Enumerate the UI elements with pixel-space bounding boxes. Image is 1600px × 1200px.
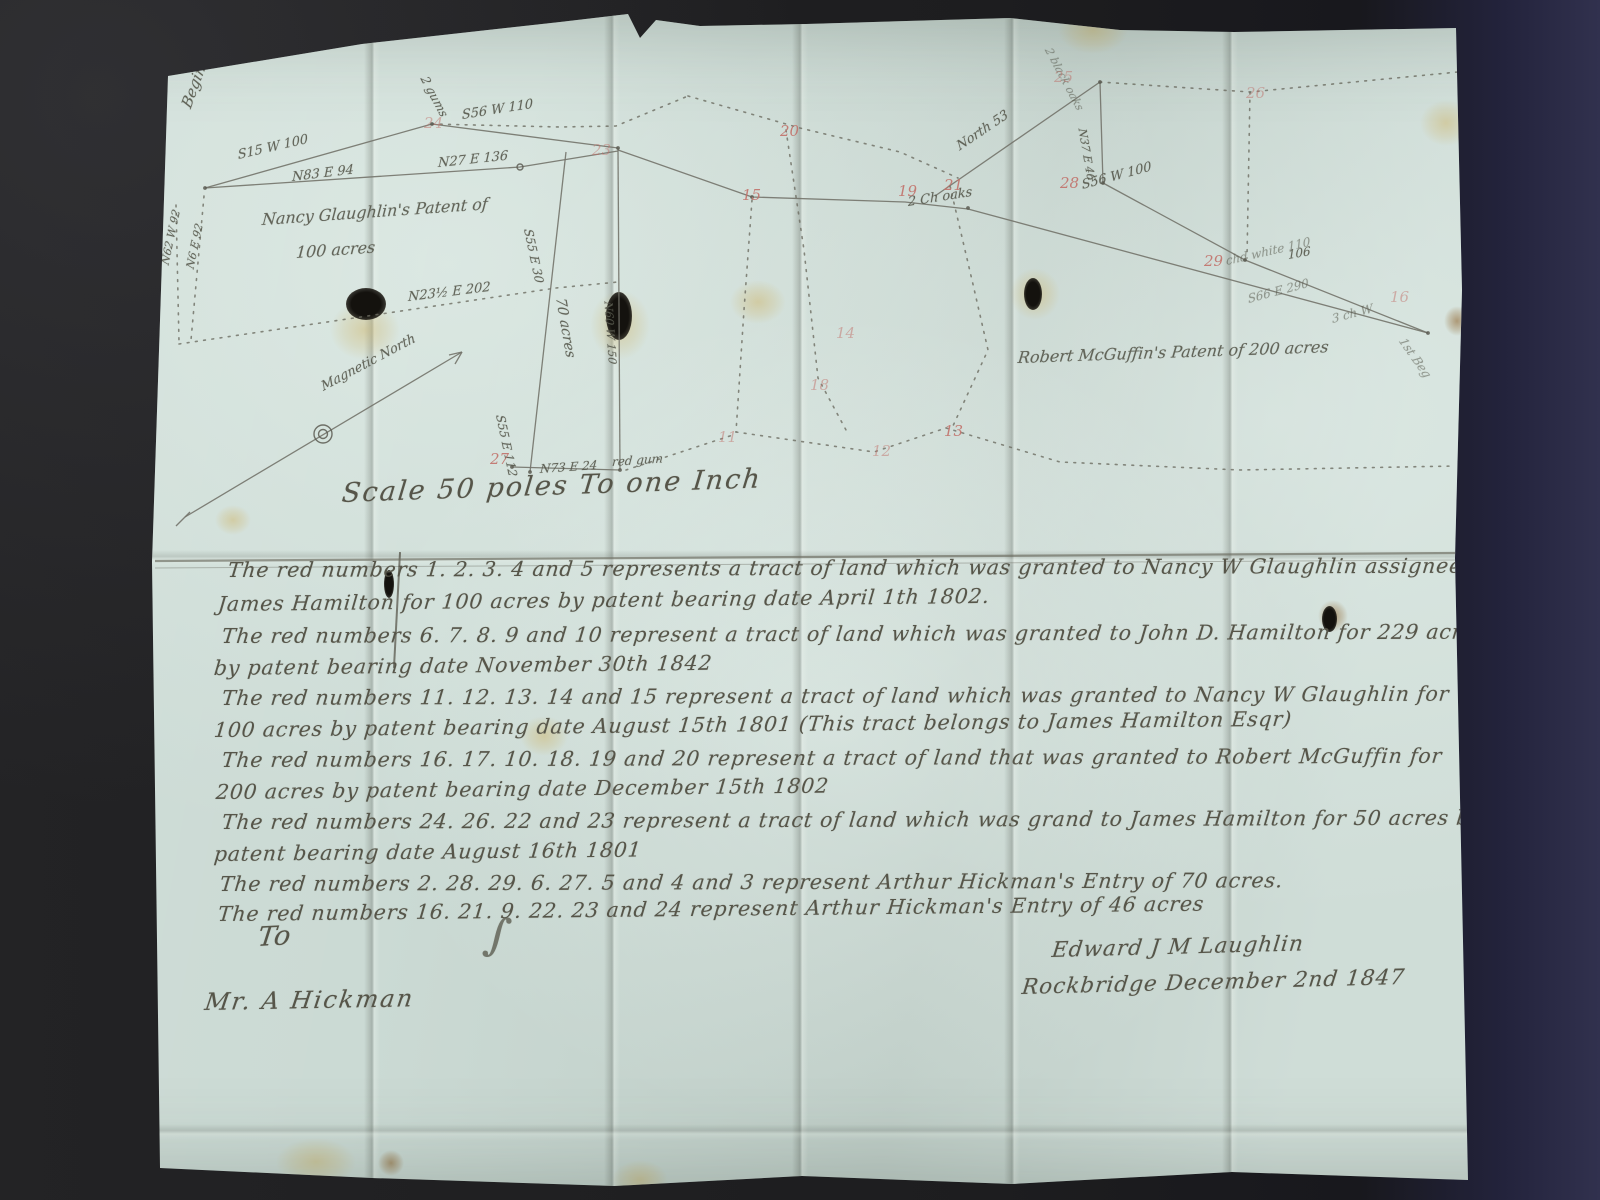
survey-corner-point bbox=[203, 186, 207, 190]
survey-dotted-line bbox=[1247, 92, 1250, 258]
red-number: 13 bbox=[944, 422, 963, 440]
red-number: 25 bbox=[1054, 68, 1073, 86]
red-number: 12 bbox=[872, 442, 891, 460]
red-number: 16 bbox=[1390, 288, 1409, 306]
red-number: 15 bbox=[742, 186, 761, 204]
survey-corner-point bbox=[1098, 80, 1102, 84]
survey-corner-point bbox=[1426, 331, 1430, 335]
red-number: 29 bbox=[1204, 252, 1223, 270]
red-number: 19 bbox=[898, 182, 917, 200]
body-text-line: patent bearing date August 16th 1801 bbox=[213, 838, 643, 866]
survey-dotted-line bbox=[736, 428, 946, 452]
compass-inner-circle bbox=[319, 430, 328, 439]
closing-addressee: Mr. A Hickman bbox=[203, 984, 416, 1016]
survey-boundary-line bbox=[176, 512, 190, 526]
survey-boundary-line bbox=[1100, 82, 1103, 183]
closing-to: To bbox=[256, 920, 292, 953]
red-number: 14 bbox=[836, 324, 855, 342]
red-number: 18 bbox=[810, 376, 829, 394]
survey-dotted-line bbox=[736, 200, 752, 432]
red-number: 27 bbox=[490, 450, 509, 468]
survey-dotted-line bbox=[556, 282, 618, 288]
red-number: 21 bbox=[944, 176, 963, 194]
survey-boundary-line bbox=[618, 148, 620, 470]
survey-dotted-line bbox=[946, 428, 1455, 470]
red-number: 28 bbox=[1060, 174, 1079, 192]
body-text-line: The red numbers 6. 7. 8. 9 and 10 repres… bbox=[221, 620, 1488, 648]
body-text-line: The red numbers 24. 26. 22 and 23 repres… bbox=[221, 806, 1484, 834]
red-number: 24 bbox=[424, 114, 443, 132]
survey-corner-point bbox=[966, 206, 970, 210]
survey-corner-point bbox=[616, 146, 620, 150]
photograph-background: BeginningS15 W 100N83 E 942 gumsS56 W 11… bbox=[0, 0, 1600, 1200]
body-text-line: The red numbers 1. 2. 3. 4 and 5 represe… bbox=[227, 554, 1492, 582]
survey-plat-paper: BeginningS15 W 100N83 E 942 gumsS56 W 11… bbox=[0, 0, 1600, 1200]
red-number: 26 bbox=[1246, 84, 1265, 102]
survey-dotted-line bbox=[688, 96, 958, 178]
red-number: 11 bbox=[718, 428, 737, 446]
body-text-line: The red numbers 11. 12. 13. 14 and 15 re… bbox=[221, 682, 1451, 710]
compass-outer-circle bbox=[314, 425, 332, 443]
survey-dotted-line bbox=[950, 186, 988, 428]
survey-dotted-line bbox=[179, 288, 556, 344]
body-text-line: The red numbers 16. 17. 10. 18. 19 and 2… bbox=[221, 744, 1444, 772]
survey-boundary-line bbox=[205, 151, 618, 188]
red-number: 23 bbox=[592, 141, 611, 159]
red-number: 20 bbox=[780, 122, 799, 140]
survey-dotted-line bbox=[1100, 72, 1458, 92]
